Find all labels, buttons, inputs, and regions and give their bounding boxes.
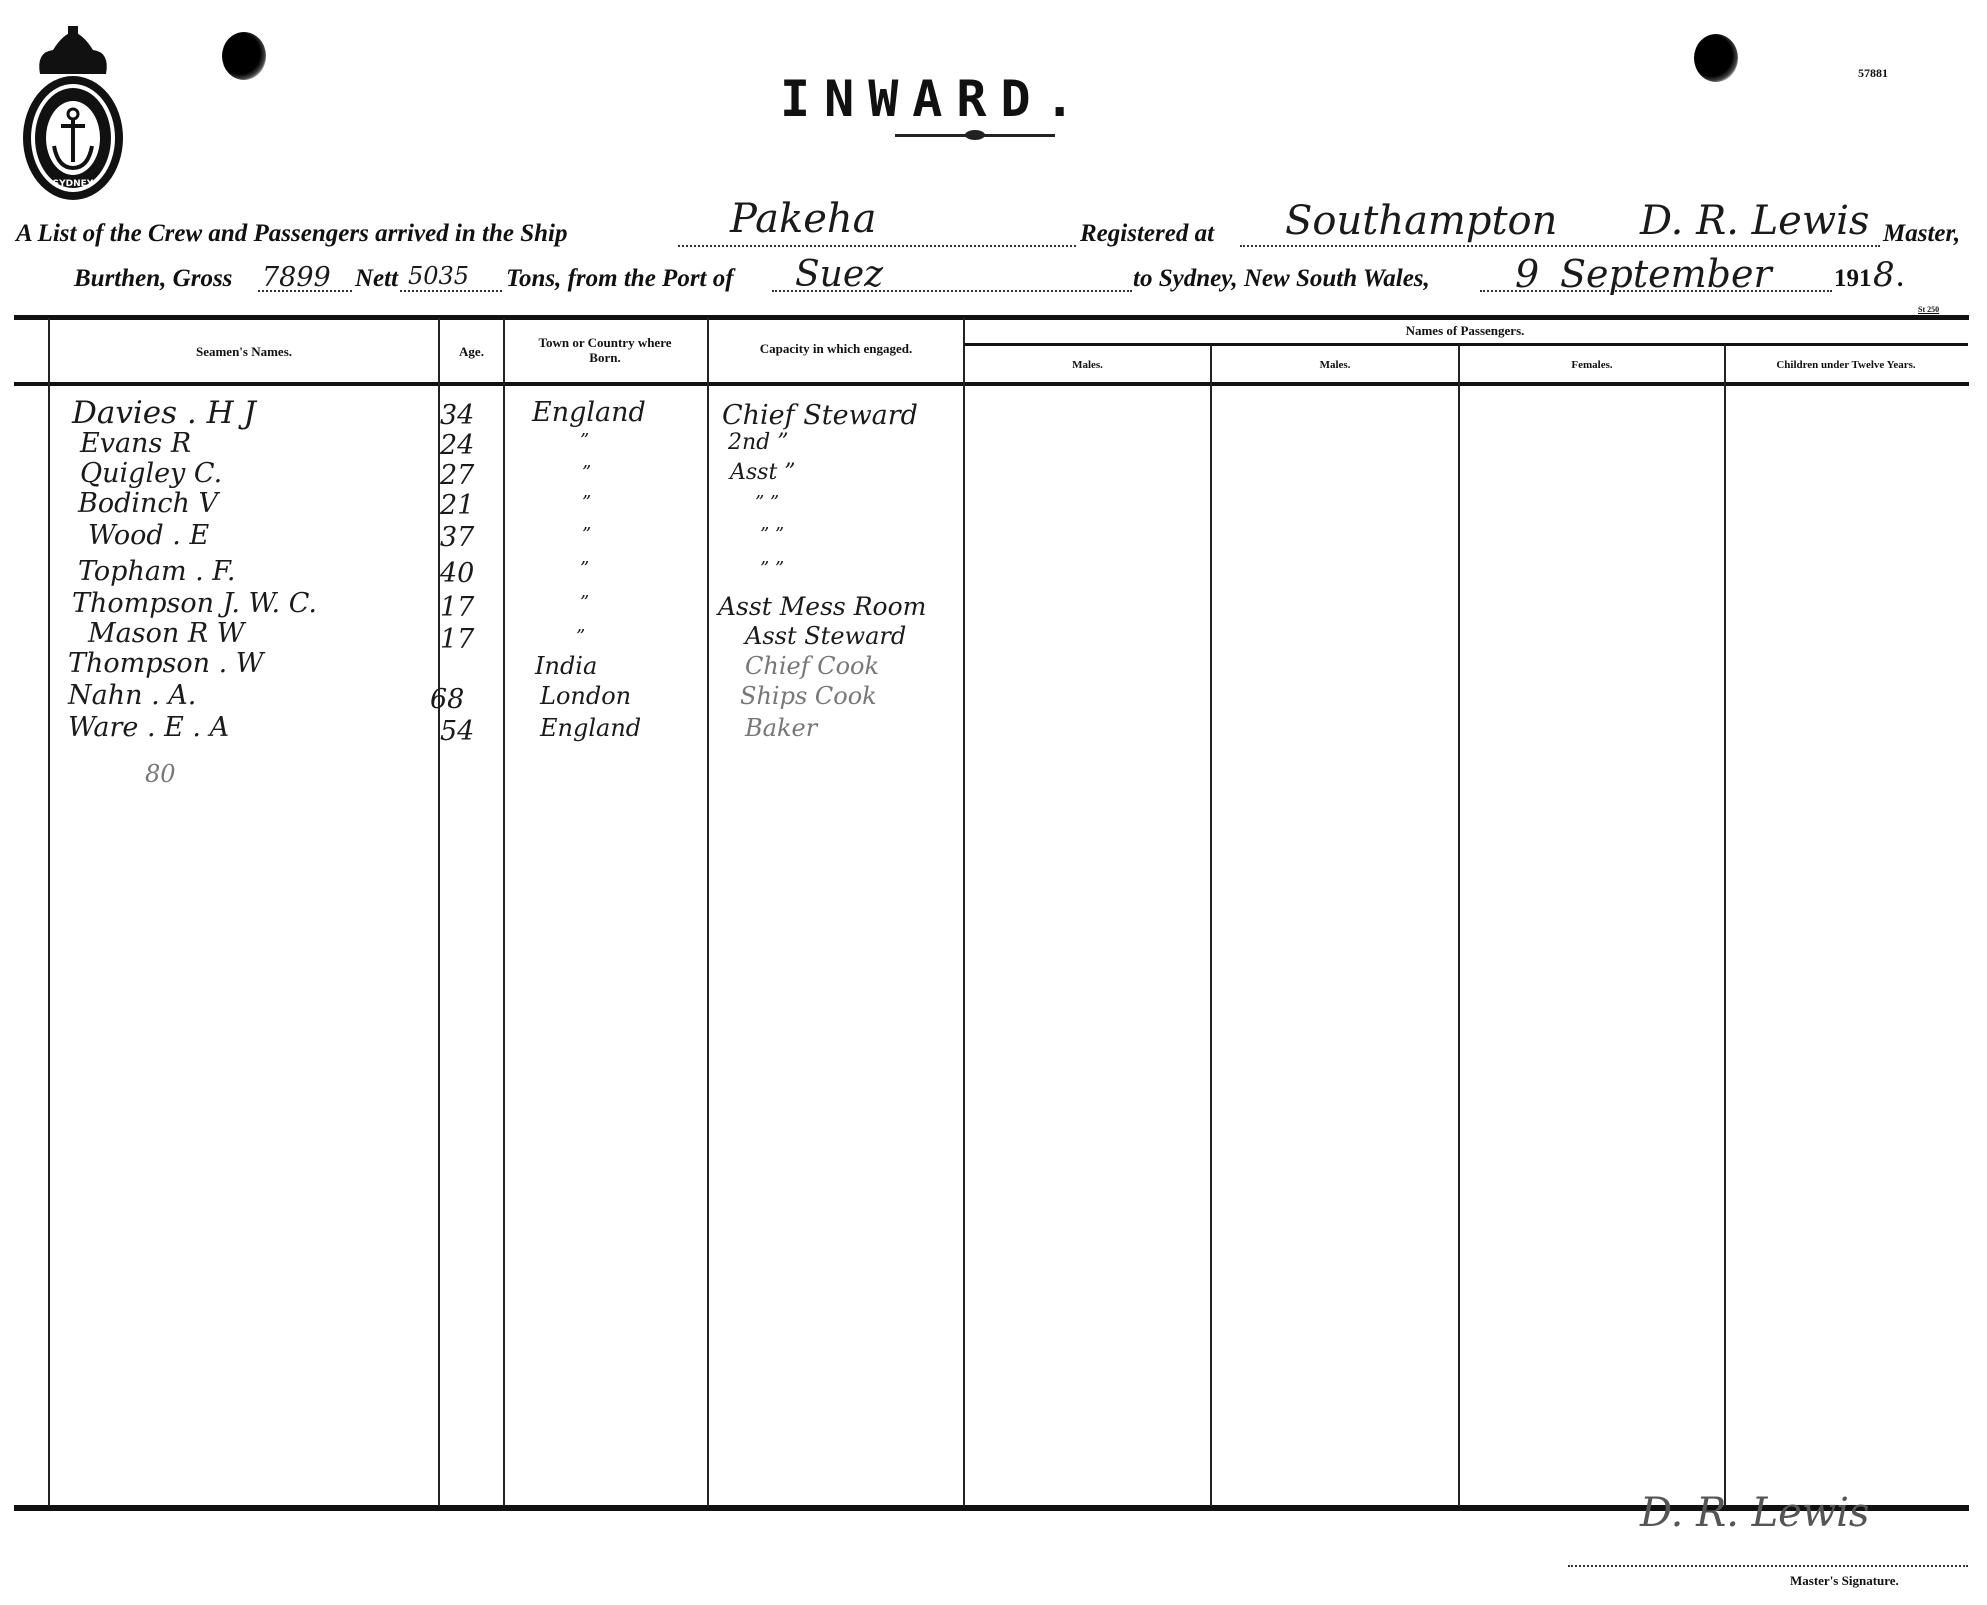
seaman-capacity: Chief Cook: [745, 652, 879, 680]
shipping-masters-emblem-icon: SYDNEY: [18, 22, 128, 206]
seaman-born: ”: [580, 430, 589, 451]
arrival-month-value: September: [1560, 252, 1772, 296]
svg-text:SYDNEY: SYDNEY: [53, 179, 94, 189]
seaman-capacity: Asst Steward: [745, 622, 906, 650]
from-port-value: Suez: [795, 254, 883, 295]
crew-list-label: A List of the Crew and Passengers arrive…: [16, 220, 567, 248]
header-capacity: Capacity in which engaged.: [709, 341, 963, 356]
seaman-capacity: 2nd ”: [728, 430, 789, 455]
seaman-name: Topham . F.: [78, 556, 235, 587]
nett-label: Nett: [355, 265, 398, 293]
registered-port-value: Southampton: [1285, 198, 1557, 244]
punch-hole-left: [222, 32, 266, 80]
seaman-name: Ware . E . A: [68, 712, 229, 743]
nett-tons-value: 5035: [408, 262, 469, 290]
seaman-age: 34: [440, 400, 474, 431]
year-prefix: 191: [1834, 265, 1872, 293]
header-seamens-names: Seamen's Names.: [50, 344, 438, 359]
seaman-name: Bodinch V: [78, 488, 218, 519]
seaman-name: Thompson . W: [68, 648, 264, 679]
registered-port-field-line: [1240, 245, 1880, 247]
ship-name-field-line: [678, 245, 1076, 247]
arrival-day-value: 9: [1515, 252, 1539, 296]
seaman-age: 24: [440, 430, 474, 461]
year-period: .: [1897, 265, 1903, 293]
year-suffix-value: 8: [1873, 255, 1895, 295]
master-signature: D. R. Lewis: [1640, 1490, 1869, 1536]
print-code: St 250: [1918, 305, 1939, 314]
seaman-age: 54: [440, 716, 474, 747]
crew-total-note: 80: [145, 760, 176, 788]
form-number: 57881: [1858, 66, 1888, 81]
master-name-value: D. R. Lewis: [1640, 198, 1869, 244]
seaman-age: 68: [430, 684, 464, 715]
seaman-name: Davies . H J: [72, 395, 256, 431]
seaman-born: England: [540, 714, 641, 742]
seaman-born: ”: [580, 558, 589, 579]
seaman-born: ”: [576, 626, 585, 647]
seaman-born: England: [532, 397, 646, 428]
column-divider: [1210, 345, 1212, 1506]
punch-hole-right: [1694, 34, 1738, 82]
header-bottom-rule: [14, 382, 1969, 386]
ship-name-value: Pakeha: [730, 196, 876, 242]
header-males-2: Males.: [1212, 358, 1458, 373]
seaman-age: 37: [440, 522, 474, 553]
seaman-name: Wood . E: [88, 520, 209, 551]
title-ornament: [895, 134, 1055, 137]
passenger-subheader-rule: [963, 343, 1968, 346]
seaman-capacity: ” ”: [755, 492, 779, 513]
seaman-age: 17: [440, 624, 474, 655]
seaman-capacity: Baker: [745, 714, 817, 742]
seaman-born: ”: [580, 592, 589, 613]
header-where-born: Town or Country where Born.: [525, 335, 685, 365]
from-port-label: Tons, from the Port of: [506, 265, 734, 293]
destination-label: to Sydney, New South Wales,: [1133, 265, 1430, 293]
seaman-capacity: Ships Cook: [740, 682, 877, 710]
form-title: INWARD.: [780, 70, 1089, 128]
column-divider: [963, 318, 965, 1506]
column-divider: [707, 318, 709, 1506]
signature-label: Master's Signature.: [1790, 1573, 1899, 1589]
column-divider: [503, 318, 505, 1506]
seaman-age: 21: [440, 490, 474, 521]
seaman-age: 27: [440, 460, 474, 491]
column-divider: [48, 318, 50, 1506]
seaman-capacity: Chief Steward: [722, 400, 918, 431]
signature-line: [1568, 1565, 1968, 1567]
seaman-name: Nahn . A.: [68, 680, 196, 711]
burthen-gross-label: Burthen, Gross: [74, 265, 232, 293]
seaman-capacity: ” ”: [760, 558, 784, 579]
nett-tons-field-line: [400, 290, 502, 292]
seaman-capacity: ” ”: [760, 524, 784, 545]
seaman-capacity: Asst ”: [730, 460, 796, 485]
seaman-name: Mason R W: [88, 618, 245, 649]
gross-tons-value: 7899: [262, 262, 331, 293]
registered-at-label: Registered at: [1080, 220, 1214, 248]
seaman-born: ”: [582, 492, 591, 513]
header-names-of-passengers: Names of Passengers.: [965, 323, 1965, 338]
header-males-1: Males.: [965, 358, 1210, 373]
seaman-age: 17: [440, 592, 474, 623]
seaman-born: London: [540, 682, 631, 710]
table-top-rule: [14, 315, 1969, 320]
seaman-age: 40: [440, 558, 474, 589]
header-children: Children under Twelve Years.: [1726, 358, 1966, 373]
column-divider: [1724, 345, 1726, 1506]
seaman-born: India: [535, 652, 597, 680]
seaman-capacity: Asst Mess Room: [718, 592, 926, 621]
header-females: Females.: [1460, 358, 1724, 373]
seaman-born: ”: [582, 524, 591, 545]
seaman-name: Thompson J. W. C.: [72, 588, 317, 619]
header-age: Age.: [440, 344, 503, 359]
seaman-name: Evans R: [80, 428, 191, 459]
seaman-name: Quigley C.: [80, 458, 222, 489]
column-divider: [1458, 345, 1460, 1506]
master-label: Master,: [1883, 220, 1960, 248]
seaman-born: ”: [582, 462, 591, 483]
